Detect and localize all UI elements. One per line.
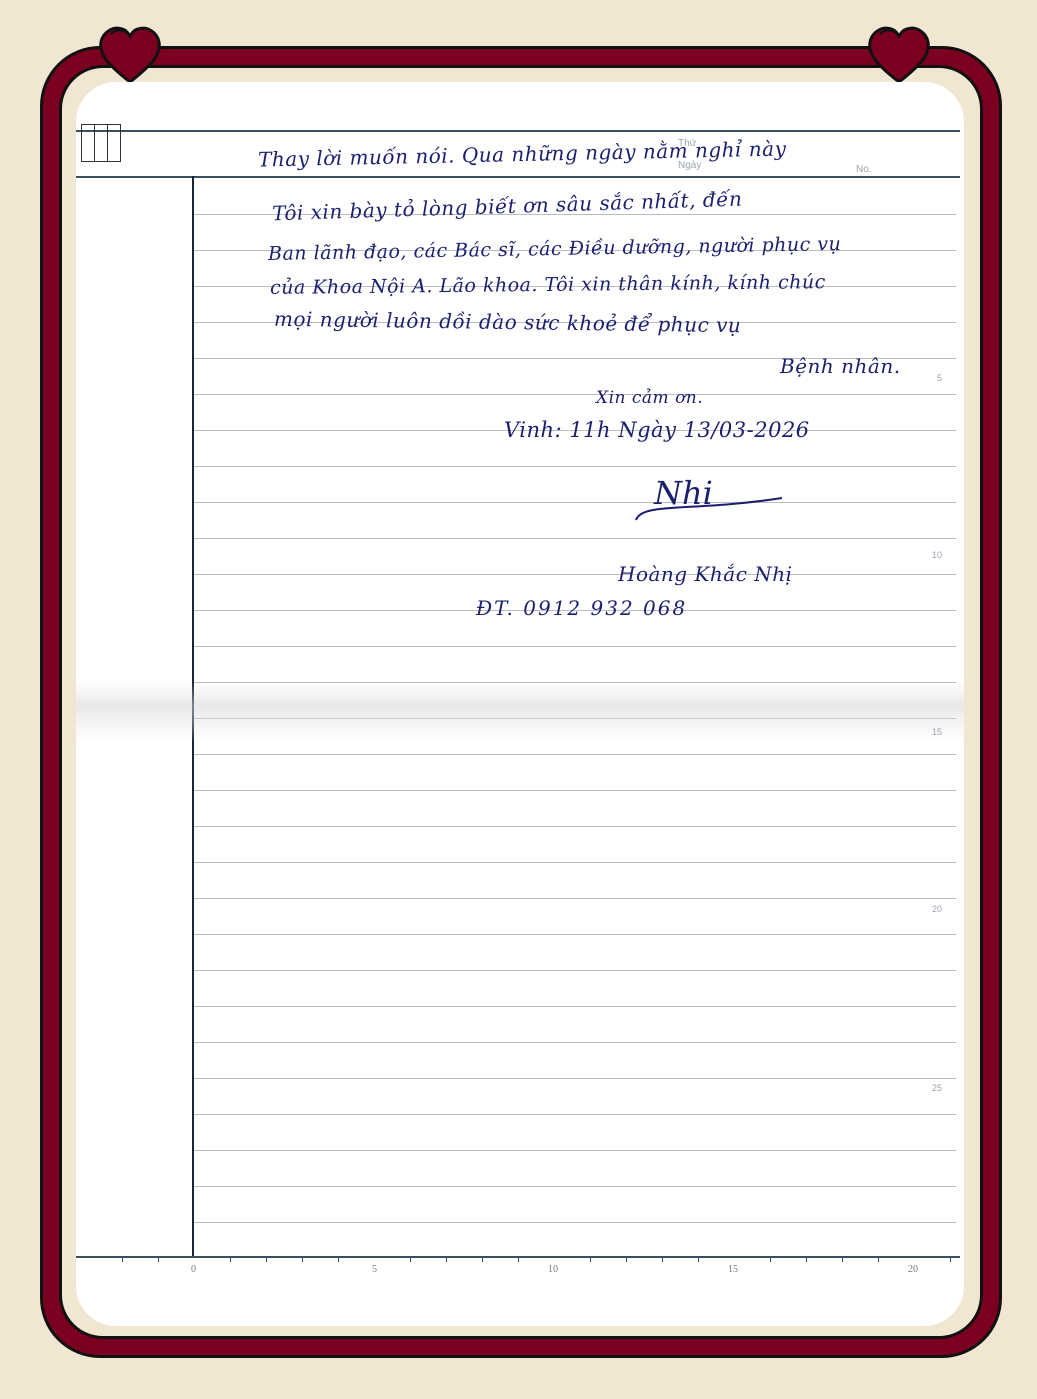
letter-line: của Khoa Nội A. Lão khoa. Tôi xin thân k… bbox=[270, 271, 826, 299]
axis-number: 0 bbox=[191, 1264, 196, 1275]
header-rule bbox=[76, 130, 960, 132]
letter-line: Ban lãnh đạo, các Bác sĩ, các Điều dưỡng… bbox=[268, 233, 842, 265]
line-number: 20 bbox=[932, 904, 942, 914]
axis-number: 5 bbox=[372, 1264, 377, 1275]
paper-fold-crease bbox=[76, 682, 964, 742]
heart-icon bbox=[97, 22, 163, 88]
notebook-page: Thứ Ngày No. 5 10 15 20 25 bbox=[76, 82, 964, 1326]
closing-text: Xin cảm ơn. bbox=[596, 388, 703, 408]
phone-number: ĐT. 0912 932 068 bbox=[476, 596, 687, 620]
heart-icon bbox=[866, 22, 932, 88]
letter-line: Bệnh nhân. bbox=[780, 354, 901, 378]
header-bottom-rule bbox=[76, 176, 960, 178]
axis-number: 10 bbox=[548, 1264, 558, 1275]
signer-name: Hoàng Khắc Nhị bbox=[618, 562, 793, 586]
printed-number-label: No. bbox=[856, 164, 872, 175]
header-box-grid bbox=[81, 124, 121, 162]
place-and-date: Vinh: 11h Ngày 13/03-2026 bbox=[504, 418, 810, 442]
line-number: 25 bbox=[932, 1083, 942, 1093]
line-number: 10 bbox=[932, 550, 942, 560]
axis-number: 15 bbox=[728, 1264, 738, 1275]
letter-line: mọi người luôn dồi dào sức khoẻ để phục … bbox=[274, 307, 742, 338]
letter-line: Thay lời muốn nói. Qua những ngày nằm ng… bbox=[258, 136, 787, 171]
letter-line: Tôi xin bày tỏ lòng biết ơn sâu sắc nhất… bbox=[272, 187, 743, 226]
line-number: 5 bbox=[937, 373, 942, 383]
signature-underline bbox=[632, 494, 792, 524]
axis-number: 20 bbox=[908, 1264, 918, 1275]
line-number: 15 bbox=[932, 727, 942, 737]
